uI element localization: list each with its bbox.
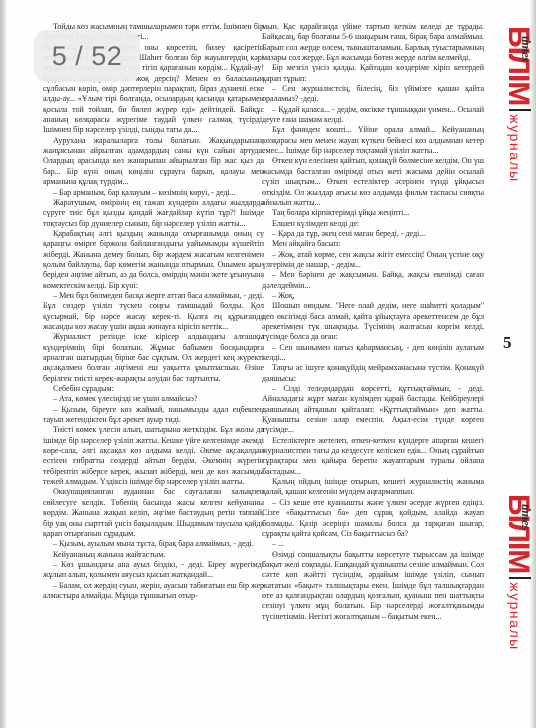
paragraph: – Сіз кеше өте қуанышты және үлкен әсерд…: [262, 498, 484, 539]
paragraph: Бұл фәниден көшті... Үйіне орала алмай..…: [262, 125, 484, 156]
paragraph: – Көз ұшындағы ана ауыл біздікі, - деді.…: [43, 560, 264, 581]
paragraph: Қалың ойдың ішінде отырып, кешегі журнал…: [262, 477, 484, 498]
paragraph: – Сізді теледидардан көрсетті, құттықтай…: [262, 384, 484, 436]
paragraph: – Ата, көмек үлесіңізді не үшін алмайсыз…: [43, 394, 264, 404]
paragraph: – Қызым, біреуге көз жаймай, нанымызды а…: [43, 405, 264, 426]
paragraph: Өткен күн елесінен қайтып, қонақүй бөлме…: [262, 156, 484, 208]
paragraph: мын. Қас қарайғанда үйіме тартып кеткім …: [262, 22, 484, 63]
magazine-page: Тойды көз жасымның тамшыларымен тәрк етт…: [6, 0, 530, 728]
brand-sub: times: [518, 504, 534, 530]
paragraph: Естеліктерге жетелеп, өткен-кеткен күнде…: [262, 436, 484, 477]
paragraph: Таңғы ас ішуге қонақүйдің мейрамханасына…: [262, 363, 484, 384]
paragraph: – Мен бұл бөлмеден басқа жерге аттап бас…: [43, 291, 264, 332]
paragraph: Оккупацияланған ауданнан бас сауғалаған …: [43, 487, 264, 539]
paragraph: – ...: [262, 539, 484, 549]
brand-tagline: журналы: [507, 114, 523, 182]
paragraph: Кейуананың жанына жайғастым.: [43, 550, 264, 560]
text-column-left: Тойды көз жасымның тамшыларымен тәрк етт…: [43, 22, 264, 601]
paragraph: – Балам, ол жердің суын, жерін, ауасын т…: [43, 581, 264, 602]
paragraph: Мен айқайға басып:: [262, 239, 484, 249]
paragraph: – Құдай қаласа... - дедім, өксікке тұншы…: [262, 105, 484, 126]
paragraph: – Мен бәрінен де жақсымын. Байқа, жақсы …: [262, 270, 484, 291]
page-number: 5: [503, 333, 512, 353]
paragraph: Бір мезгіл үнсіз қалды. Қайтадан көздері…: [262, 63, 484, 84]
brand-tagline: журналы: [507, 582, 523, 650]
paragraph: Аурухана жаралыларға толы болатын. Жақын…: [43, 136, 264, 188]
paragraph: – Қара да тұр, әкең сені маған береді, -…: [262, 229, 484, 239]
paragraph: – Қызым, ауылым мына тұста, бірақ бара а…: [43, 539, 264, 549]
brand-logo-bottom: БІЛІМ times журналы: [502, 494, 532, 724]
page-counter-badge: 5 / 52: [34, 30, 140, 82]
text-column-right: мын. Қас қарайғанда үйіме тартып кеткім …: [262, 22, 484, 622]
paragraph: – Жоқ,: [262, 291, 484, 301]
paragraph: – Жоқ, атай көрме, сен жақсы жігіт емесс…: [262, 250, 484, 271]
paragraph: Тиісті көмек үлесін алып, шатырына жеткі…: [43, 425, 264, 487]
brand-logo-top: БІЛІМ times журналы: [502, 26, 532, 256]
brand-divider: [509, 109, 531, 111]
brand-sub: times: [518, 36, 534, 62]
paragraph: Шошып ояндым. "Неге олай дедім, неге шаһ…: [262, 301, 484, 342]
paragraph: Жаратушым, өмірінің ең ғажап күндерін ал…: [43, 198, 264, 229]
paragraph: Себебін сұрадым:: [43, 384, 264, 394]
paragraph: Елшен күлімдеп келді де:: [262, 219, 484, 229]
paragraph: – Сен шынымен нағыз қаһармансың, - деп к…: [262, 343, 484, 364]
paragraph: Журналист ретінде іске кірісер алдындағы…: [43, 332, 264, 384]
paragraph: – Бар арманым, бар қалауым – көзімнің кө…: [43, 188, 264, 198]
paragraph: Өзімді соншалықты бақытты көрсетуге тыры…: [262, 550, 484, 622]
paragraph: – Сен журналистсің, білесің, біз үйімізг…: [262, 84, 484, 105]
paragraph: Таң болара кірпіктерімді ұйқы жеңіпті...: [262, 208, 484, 218]
brand-divider: [509, 577, 531, 579]
paragraph: Қарабақтың әлгі қыздың жанында отырғаным…: [43, 229, 264, 291]
